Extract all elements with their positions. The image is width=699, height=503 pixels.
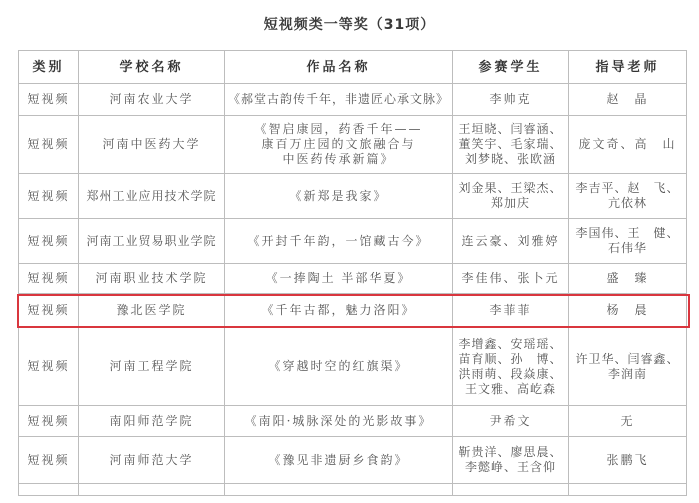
cell-school: 河南中医药大学 — [79, 116, 225, 174]
awards-table: 类别 学校名称 作品名称 参赛学生 指导老师 短视频 河南农业大学 《郝堂古韵传… — [18, 50, 687, 496]
table-row: 短视频 河南师范大学 《豫见非遗厨乡食韵》 靳贵洋、廖思晨、 李懿峥、王含仰 张… — [19, 437, 687, 484]
cell-work: 《一捧陶土 半部华夏》 — [225, 264, 453, 294]
cell-teachers: 赵 晶 — [569, 84, 687, 116]
table-row: 短视频 河南工程学院 《穿越时空的红旗渠》 李增鑫、安瑶瑶、 苗育顺、孙 博、 … — [19, 328, 687, 406]
cell-category: 短视频 — [19, 84, 79, 116]
cell-teachers: 张鹏飞 — [569, 437, 687, 484]
cell-empty — [569, 484, 687, 496]
cell-work: 《智启康园，药香千年—— 康百万庄园的文旅融合与 中医药传承新篇》 — [225, 116, 453, 174]
cell-empty — [79, 484, 225, 496]
cell-school: 河南工业贸易职业学院 — [79, 219, 225, 264]
cell-students: 李增鑫、安瑶瑶、 苗育顺、孙 博、 洪雨萌、段焱康、 王文雅、高屹森 — [453, 328, 569, 406]
table-header-row: 类别 学校名称 作品名称 参赛学生 指导老师 — [19, 51, 687, 84]
cell-students: 王垣晓、闫睿涵、 董笑宇、毛家瑞、 刘梦晓、张欧涵 — [453, 116, 569, 174]
header-teachers: 指导老师 — [569, 51, 687, 84]
page-title: 短视频类一等奖（31项） — [0, 14, 699, 34]
cell-school: 河南师范大学 — [79, 437, 225, 484]
table-row: 短视频 南阳师范学院 《南阳·城脉深处的光影故事》 尹希文 无 — [19, 406, 687, 437]
table-row-partial — [19, 484, 687, 496]
cell-teachers: 杨 晨 — [569, 294, 687, 328]
cell-school: 南阳师范学院 — [79, 406, 225, 437]
cell-teachers: 盛 臻 — [569, 264, 687, 294]
cell-school: 河南农业大学 — [79, 84, 225, 116]
cell-category: 短视频 — [19, 328, 79, 406]
cell-students: 李菲菲 — [453, 294, 569, 328]
cell-students: 李帅克 — [453, 84, 569, 116]
cell-work: 《豫见非遗厨乡食韵》 — [225, 437, 453, 484]
cell-work: 《新郑是我家》 — [225, 174, 453, 219]
cell-work: 《郝堂古韵传千年，非遗匠心承文脉》 — [225, 84, 453, 116]
cell-work: 《千年古都，魅力洛阳》 — [225, 294, 453, 328]
cell-students: 连云豪、刘雅婷 — [453, 219, 569, 264]
header-category: 类别 — [19, 51, 79, 84]
cell-category: 短视频 — [19, 116, 79, 174]
table-row-highlighted: 短视频 豫北医学院 《千年古都，魅力洛阳》 李菲菲 杨 晨 — [19, 294, 687, 328]
cell-empty — [19, 484, 79, 496]
header-work: 作品名称 — [225, 51, 453, 84]
header-students: 参赛学生 — [453, 51, 569, 84]
cell-category: 短视频 — [19, 219, 79, 264]
table-row: 短视频 河南中医药大学 《智启康园，药香千年—— 康百万庄园的文旅融合与 中医药… — [19, 116, 687, 174]
table-row: 短视频 河南工业贸易职业学院 《开封千年韵，一馆藏古今》 连云豪、刘雅婷 李国伟… — [19, 219, 687, 264]
cell-empty — [453, 484, 569, 496]
cell-category: 短视频 — [19, 174, 79, 219]
table-row: 短视频 河南职业技术学院 《一捧陶土 半部华夏》 李佳伟、张卜元 盛 臻 — [19, 264, 687, 294]
cell-students: 刘金果、王梁杰、 郑加庆 — [453, 174, 569, 219]
cell-teachers: 无 — [569, 406, 687, 437]
cell-category: 短视频 — [19, 294, 79, 328]
cell-work: 《穿越时空的红旗渠》 — [225, 328, 453, 406]
table-row: 短视频 郑州工业应用技术学院 《新郑是我家》 刘金果、王梁杰、 郑加庆 李吉平、… — [19, 174, 687, 219]
cell-school: 河南工程学院 — [79, 328, 225, 406]
cell-teachers: 李国伟、王 健、 石伟华 — [569, 219, 687, 264]
cell-work: 《开封千年韵，一馆藏古今》 — [225, 219, 453, 264]
cell-students: 靳贵洋、廖思晨、 李懿峥、王含仰 — [453, 437, 569, 484]
table-row: 短视频 河南农业大学 《郝堂古韵传千年，非遗匠心承文脉》 李帅克 赵 晶 — [19, 84, 687, 116]
cell-category: 短视频 — [19, 437, 79, 484]
cell-school: 郑州工业应用技术学院 — [79, 174, 225, 219]
cell-school: 豫北医学院 — [79, 294, 225, 328]
header-school: 学校名称 — [79, 51, 225, 84]
cell-teachers: 许卫华、闫睿鑫、 李润南 — [569, 328, 687, 406]
cell-teachers: 庞文奇、高 山 — [569, 116, 687, 174]
cell-teachers: 李吉平、赵 飞、 亢依林 — [569, 174, 687, 219]
cell-category: 短视频 — [19, 406, 79, 437]
cell-students: 尹希文 — [453, 406, 569, 437]
cell-students: 李佳伟、张卜元 — [453, 264, 569, 294]
cell-work: 《南阳·城脉深处的光影故事》 — [225, 406, 453, 437]
cell-school: 河南职业技术学院 — [79, 264, 225, 294]
cell-empty — [225, 484, 453, 496]
cell-category: 短视频 — [19, 264, 79, 294]
